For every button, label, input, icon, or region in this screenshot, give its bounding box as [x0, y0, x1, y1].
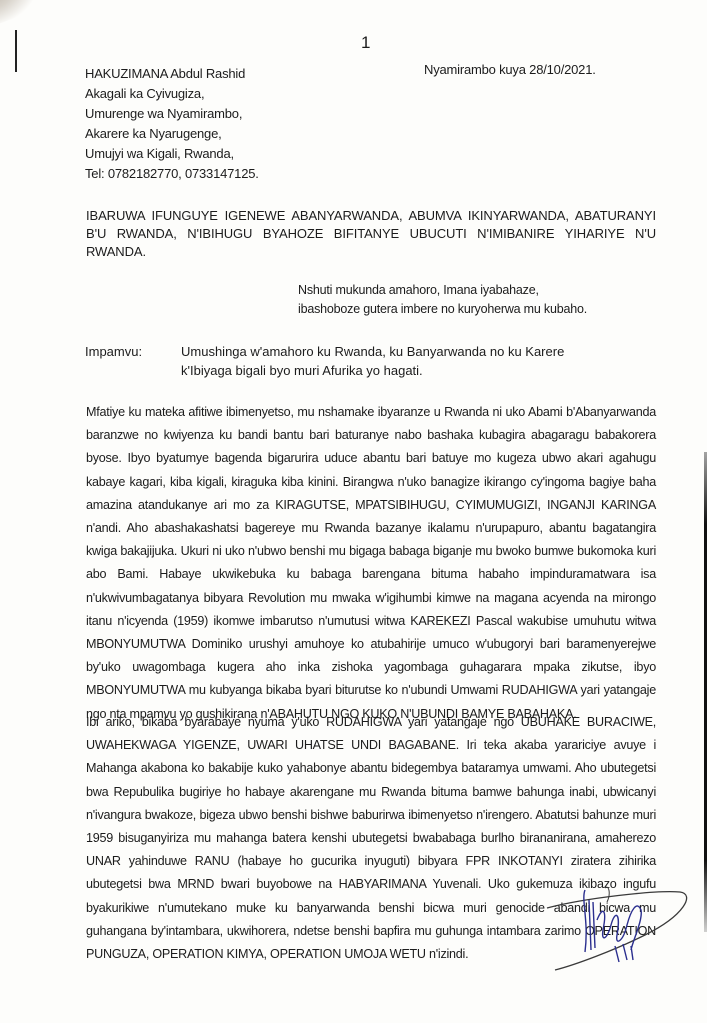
sender-phone: Tel: 0782182770, 0733147125. — [85, 164, 259, 184]
page-number: 1 — [361, 33, 370, 53]
sender-sector: Umurenge wa Nyamirambo, — [85, 104, 259, 124]
greeting-line: ibashoboze gutera imbere no kuryoherwa m… — [298, 300, 587, 319]
subject-label: Impamvu: — [85, 342, 142, 361]
page-corner-shadow — [0, 0, 46, 30]
date-line: Nyamirambo kuya 28/10/2021. — [424, 62, 596, 77]
body-paragraph: Mfatiye ku mateka afitiwe ibimenyetso, m… — [86, 401, 656, 726]
margin-mark — [15, 30, 17, 72]
signature — [545, 880, 695, 975]
sender-name: HAKUZIMANA Abdul Rashid — [85, 64, 259, 84]
letter-title: IBARUWA IFUNGUYE IGENEWE ABANYARWANDA, A… — [86, 207, 656, 261]
greeting: Nshuti mukunda amahoro, Imana iyabahaze,… — [298, 281, 587, 319]
sender-district: Akarere ka Nyarugenge, — [85, 124, 259, 144]
sender-city: Umujyi wa Kigali, Rwanda, — [85, 144, 259, 164]
sender-cell: Akagali ka Cyivugiza, — [85, 84, 259, 104]
sender-address: HAKUZIMANA Abdul Rashid Akagali ka Cyivu… — [85, 64, 259, 184]
greeting-line: Nshuti mukunda amahoro, Imana iyabahaze, — [298, 281, 587, 300]
letter-page: 1 Nyamirambo kuya 28/10/2021. HAKUZIMANA… — [0, 0, 707, 1023]
subject-text: Umushinga w'amahoro ku Rwanda, ku Banyar… — [181, 342, 581, 380]
